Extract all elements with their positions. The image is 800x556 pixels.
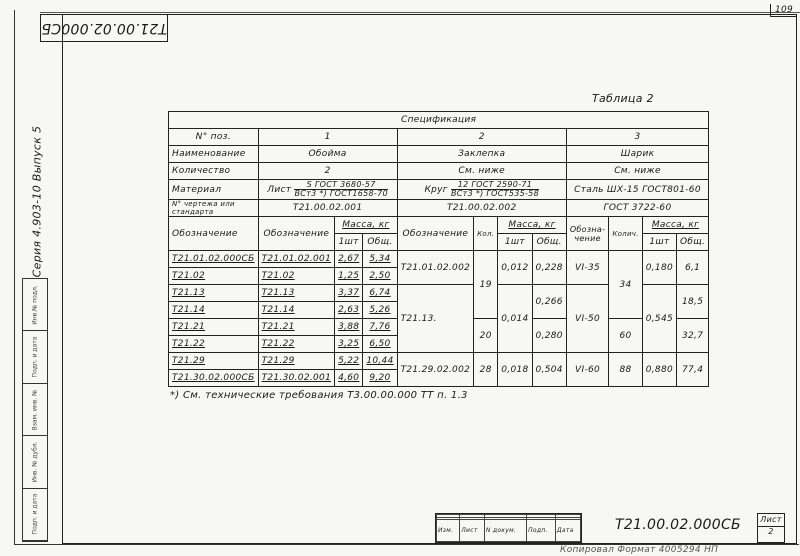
c2-des-header: Обозначение bbox=[397, 217, 474, 251]
c2-mass-header: Масса, кг bbox=[498, 217, 567, 234]
c3-mass-total: Общ. bbox=[677, 234, 709, 251]
c2-mass-one: 1шт bbox=[498, 234, 532, 251]
label-list: Лист bbox=[460, 520, 485, 542]
spec-title: Спецификация bbox=[169, 112, 709, 129]
label-sign: Подп. bbox=[527, 520, 556, 542]
sheet-label: Лист bbox=[758, 514, 784, 527]
c3-mass-one: 1шт bbox=[642, 234, 676, 251]
drawing-2: Т21.00.02.002 bbox=[397, 200, 566, 217]
label-material: Материал bbox=[169, 180, 259, 200]
qty-2: См. ниже bbox=[397, 163, 566, 180]
label-izm: Изм. bbox=[437, 520, 460, 542]
table-row: Т21.29 Т21.29 5,22 10,44 Т21.29.02.002 2… bbox=[169, 353, 709, 370]
c1-mass-header: Масса, кг bbox=[335, 217, 398, 234]
qty-3: См. ниже bbox=[566, 163, 708, 180]
material-1: Лист S ГОСТ 3680-57ВСт3 *) ГОСТ1658-70 bbox=[258, 180, 397, 200]
side-strip-cell: Инв. № дубл. bbox=[23, 436, 47, 488]
side-strip-cell: Подп. и дата bbox=[23, 331, 47, 383]
c3-des-header: Обозна-чение bbox=[566, 217, 609, 251]
name-2: Заклепка bbox=[397, 146, 566, 163]
rotated-code-text: Т21.00.02.000СБ bbox=[41, 15, 167, 41]
c1-des-header: Обозначение bbox=[258, 217, 335, 251]
drawing-3: ГОСТ 3722-60 bbox=[566, 200, 708, 217]
series-label: Серия 4.903-10 Выпуск 5 bbox=[31, 122, 44, 282]
sheet-number: 2 bbox=[758, 527, 784, 536]
c1-mass-total: Общ. bbox=[363, 234, 397, 251]
label-doc: N докум. bbox=[484, 520, 526, 542]
qty-1: 2 bbox=[258, 163, 397, 180]
label-drawing: N° чертежа или стандарта bbox=[169, 200, 259, 217]
rotated-code-stamp: Т21.00.02.000СБ bbox=[40, 14, 168, 42]
pos-3: 3 bbox=[566, 129, 708, 146]
material-3: Сталь ШХ-15 ГОСТ801-60 bbox=[566, 180, 708, 200]
footnote: *) См. технические требования Т3.00.00.0… bbox=[170, 390, 468, 401]
table-row: Т21.01.02.000СБ Т21.01.02.001 2,67 5,34 … bbox=[169, 251, 709, 268]
revision-grid: Изм. Лист N докум. Подп. Дата bbox=[435, 513, 582, 543]
c2-qty-header: Кол. bbox=[474, 217, 498, 251]
label-designation: Обозначение bbox=[169, 217, 259, 251]
document-code: Т21.00.02.000СБ bbox=[615, 517, 741, 533]
sheet-box: Лист 2 bbox=[757, 513, 785, 543]
page-number: 109 bbox=[770, 4, 797, 17]
drawing-1: Т21.00.02.001 bbox=[258, 200, 397, 217]
c3-qty-header: Колич. bbox=[609, 217, 642, 251]
label-name: Наименование bbox=[169, 146, 259, 163]
title-block: Изм. Лист N докум. Подп. Дата Т21.00.02.… bbox=[435, 513, 795, 543]
specification-table: Спецификация N° поз. 1 2 3 Наименование … bbox=[168, 111, 709, 387]
c3-mass-header: Масса, кг bbox=[642, 217, 708, 234]
pos-2: 2 bbox=[397, 129, 566, 146]
table-label: Таблица 2 bbox=[592, 92, 654, 105]
side-strip: Инв.№ подл. Подп. и дата Взам. инв. № Ин… bbox=[22, 278, 48, 542]
side-strip-cell: Подп. и дата bbox=[23, 489, 47, 541]
name-3: Шарик bbox=[566, 146, 708, 163]
bottom-note: Копировал Формат 4005294 НП bbox=[560, 545, 718, 555]
pos-1: 1 bbox=[258, 129, 397, 146]
c1-mass-one: 1шт bbox=[335, 234, 363, 251]
side-strip-cell: Взам. инв. № bbox=[23, 384, 47, 436]
label-qty: Количество bbox=[169, 163, 259, 180]
material-2: Круг 12 ГОСТ 2590-71ВСт3 *) ГОСТ535-58 bbox=[397, 180, 566, 200]
label-pos: N° поз. bbox=[169, 129, 259, 146]
c2-mass-total: Общ. bbox=[532, 234, 566, 251]
side-strip-cell: Инв.№ подл. bbox=[23, 279, 47, 331]
label-date: Дата bbox=[555, 520, 580, 542]
name-1: Обойма bbox=[258, 146, 397, 163]
